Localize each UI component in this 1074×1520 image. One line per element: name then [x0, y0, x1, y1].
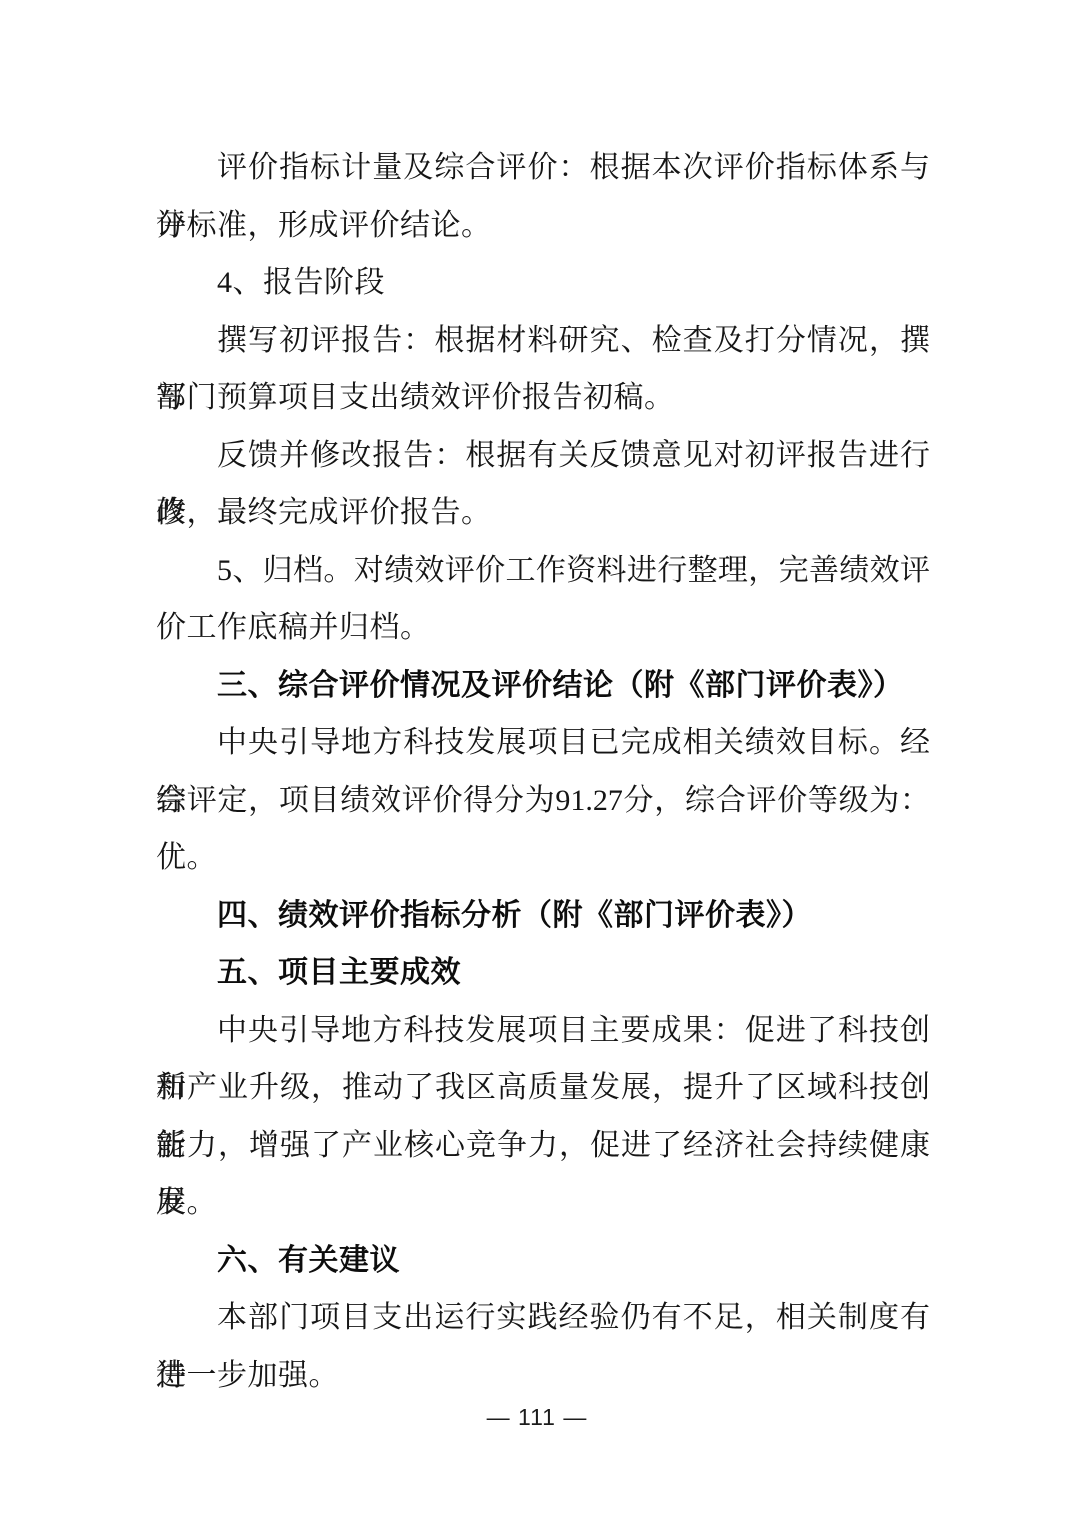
body-text-line: 能力，增强了产业核心竞争力，促进了经济社会持续健康发: [156, 1117, 930, 1175]
body-text-line: 分标准，形成评价结论。: [156, 197, 930, 255]
section-heading-4: 四、绩效评价指标分析（附《部门评价表》）: [156, 887, 930, 945]
body-text-line: 和产业升级，推动了我区高质量发展，提升了区域科技创新: [156, 1059, 930, 1117]
document-page: 评价指标计量及综合评价：根据本次评价指标体系与评 分标准，形成评价结论。 4、报…: [0, 0, 1074, 1520]
body-text-line: 本部门项目支出运行实践经验仍有不足，相关制度有待: [156, 1289, 930, 1347]
body-text-line: 进一步加强。: [156, 1347, 930, 1405]
body-text-line: 展。: [156, 1174, 930, 1232]
body-text-line: 反馈并修改报告：根据有关反馈意见对初评报告进行修: [156, 427, 930, 485]
body-text-line: 评价指标计量及综合评价：根据本次评价指标体系与评: [156, 139, 930, 197]
body-text-line: 优。: [156, 829, 930, 887]
body-text-line: 撰写初评报告：根据材料研究、检查及打分情况，撰写: [156, 312, 930, 370]
list-item-stage-4: 4、报告阶段: [156, 254, 930, 312]
list-item-stage-5: 5、归档。对绩效评价工作资料进行整理，完善绩效评: [156, 542, 930, 600]
body-text-line: 改，最终完成评价报告。: [156, 484, 930, 542]
section-heading-3: 三、综合评价情况及评价结论（附《部门评价表》）: [156, 657, 930, 715]
body-text-line: 中央引导地方科技发展项目已完成相关绩效目标。经综: [156, 714, 930, 772]
body-text-line: 部门预算项目支出绩效评价报告初稿。: [156, 369, 930, 427]
body-text-line: 中央引导地方科技发展项目主要成果：促进了科技创新: [156, 1002, 930, 1060]
section-heading-5: 五、项目主要成效: [156, 944, 930, 1002]
section-heading-6: 六、有关建议: [156, 1232, 930, 1290]
page-number: — 111 —: [0, 1402, 1074, 1432]
document-body: 评价指标计量及综合评价：根据本次评价指标体系与评 分标准，形成评价结论。 4、报…: [156, 139, 930, 1404]
body-text-line-score: 合评定，项目绩效评价得分为91.27分，综合评价等级为：: [156, 772, 930, 830]
body-text-line: 价工作底稿并归档。: [156, 599, 930, 657]
